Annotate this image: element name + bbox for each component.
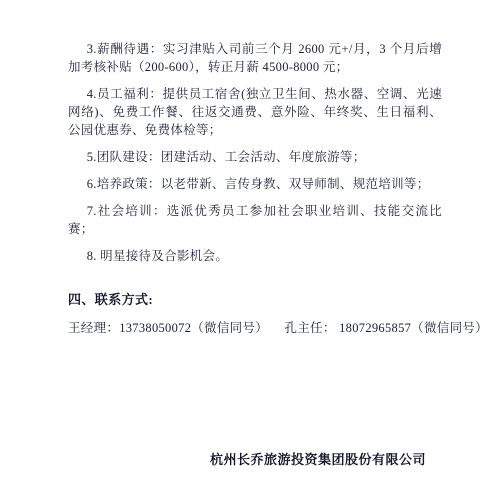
contact-director: 孔主任： 18072965857（微信同号）	[285, 321, 488, 335]
document-body: 3.薪酬待遇：实习津贴入司前三个月 2600 元+/月，3 个月后增加考核补贴（…	[68, 40, 442, 469]
benefit-item-social-training: 7.社会培训：选派优秀员工参加社会职业培训、技能交流比赛；	[68, 202, 442, 238]
document-page: 3.薪酬待遇：实习津贴入司前三个月 2600 元+/月，3 个月后增加考核补贴（…	[0, 0, 504, 477]
benefit-item-celebrity-photo: 8. 明星接待及合影机会。	[68, 247, 442, 265]
benefit-item-team-building: 5.团队建设：团建活动、工会活动、年度旅游等；	[68, 148, 442, 166]
contact-section-heading: 四、联系方式:	[68, 291, 442, 309]
contact-manager: 王经理：13738050072（微信同号）	[68, 321, 268, 335]
benefit-item-welfare: 4.员工福利：提供员工宿舍(独立卫生间、热水器、空调、光速网络)、免费工作餐、往…	[68, 85, 442, 139]
company-signature: 杭州长乔旅游投资集团股份有限公司	[68, 451, 442, 469]
benefit-item-salary: 3.薪酬待遇：实习津贴入司前三个月 2600 元+/月，3 个月后增加考核补贴（…	[68, 40, 442, 76]
contact-line: 王经理：13738050072（微信同号） 孔主任： 18072965857（微…	[68, 319, 442, 337]
benefit-item-training-policy: 6.培养政策：以老带新、言传身教、双导师制、规范培训等；	[68, 175, 442, 193]
